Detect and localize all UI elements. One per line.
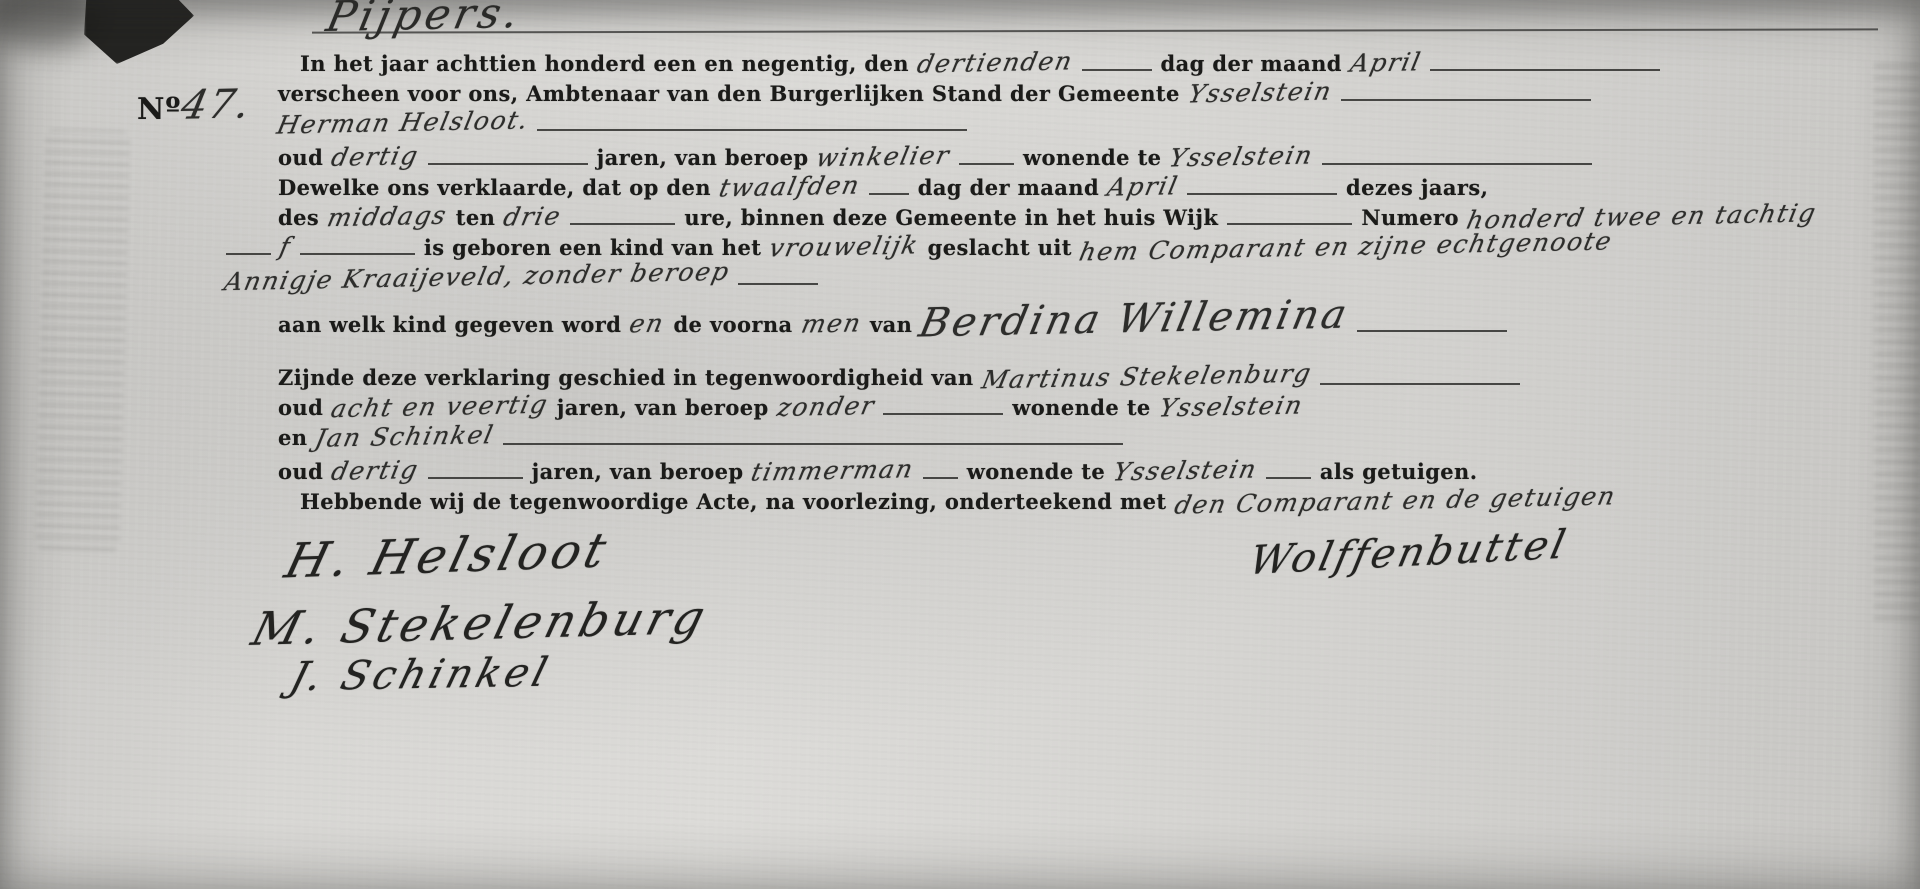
document-line: fis geboren een kind van hetvrouwelijkge… bbox=[226, 232, 1908, 262]
printed-text: geslacht uit bbox=[928, 235, 1072, 260]
document-line: desmiddagstendrieure, binnen deze Gemeen… bbox=[278, 202, 1908, 232]
printed-text: dag der maand bbox=[918, 175, 1099, 200]
blank-underline bbox=[537, 115, 967, 131]
handwritten-entry: timmerman bbox=[749, 454, 917, 486]
blank-underline bbox=[1187, 179, 1337, 195]
printed-text: Numero bbox=[1361, 205, 1459, 230]
blank-underline bbox=[226, 239, 271, 255]
blank-underline bbox=[923, 463, 958, 479]
bleed-through-left bbox=[35, 129, 131, 551]
blank-underline bbox=[1227, 209, 1352, 225]
printed-text: en bbox=[278, 425, 307, 450]
printed-text: des bbox=[278, 205, 319, 230]
handwritten-entry: f bbox=[277, 232, 294, 261]
document-line: Dewelke ons verklaarde, dat op dentwaalf… bbox=[278, 172, 1908, 202]
blank-underline bbox=[1357, 316, 1507, 332]
blank-underline bbox=[570, 209, 675, 225]
handwritten-entry: twaalfden bbox=[717, 171, 864, 203]
handwritten-entry: hem Comparant en zijne echtgenoote bbox=[1077, 226, 1616, 266]
blank-underline bbox=[1322, 149, 1592, 165]
blank-underline bbox=[738, 269, 818, 285]
printed-text: wonende te bbox=[1023, 145, 1161, 170]
document-line: Herman Helsloot. bbox=[278, 108, 1908, 142]
handwritten-entry: Ysselstein bbox=[1156, 391, 1305, 423]
act-number-label: Nº bbox=[137, 92, 181, 127]
printed-text: In het jaar achttien honderd een en nege… bbox=[300, 51, 909, 76]
document-line: In het jaar achttien honderd een en nege… bbox=[278, 48, 1908, 78]
handwritten-entry: Herman Helsloot. bbox=[274, 105, 532, 139]
blank-underline bbox=[1320, 369, 1520, 385]
printed-text: van bbox=[870, 312, 912, 337]
blank-underline bbox=[503, 429, 1123, 445]
printed-text: Dewelke ons verklaarde, dat op den bbox=[278, 175, 711, 200]
printed-text: jaren, van beroep bbox=[557, 395, 769, 420]
document-line: ouddertigjaren, van beroepwinkelierwonen… bbox=[278, 142, 1908, 172]
printed-text: dag der maand bbox=[1161, 51, 1342, 76]
printed-text: als getuigen. bbox=[1320, 459, 1478, 484]
blank-underline bbox=[883, 399, 1003, 415]
handwritten-entry: Ysselstein bbox=[1167, 141, 1316, 173]
blank-underline bbox=[300, 239, 415, 255]
scanned-birth-record: Pijpers. Nº 47. In het jaar achttien hon… bbox=[0, 0, 1920, 889]
printed-text: oud bbox=[278, 145, 323, 170]
header-rule-line bbox=[312, 28, 1878, 33]
document-line: Zijnde deze verklaring geschied in tegen… bbox=[278, 362, 1908, 392]
handwritten-entry: acht en veertig bbox=[329, 390, 552, 424]
document-lines: In het jaar achttien honderd een en nege… bbox=[278, 48, 1908, 516]
scan-corner-blot bbox=[84, 0, 194, 64]
handwritten-entry: zonder bbox=[774, 391, 877, 422]
handwritten-entry: men bbox=[798, 308, 864, 338]
printed-text: dezes jaars, bbox=[1346, 175, 1488, 200]
printed-text: wonende te bbox=[1012, 395, 1150, 420]
printed-text: ten bbox=[456, 205, 496, 230]
signature-registrar: Wolffenbuttel bbox=[1245, 522, 1572, 584]
blank-underline bbox=[1430, 55, 1660, 71]
printed-text: Hebbende wij de tegenwoordige Acte, na v… bbox=[300, 489, 1167, 514]
document-line: Hebbende wij de tegenwoordige Acte, na v… bbox=[278, 486, 1908, 516]
printed-text: de voorna bbox=[673, 312, 792, 337]
document-line: verscheen voor ons, Ambtenaar van den Bu… bbox=[278, 78, 1908, 108]
printed-text: Zijnde deze verklaring geschied in tegen… bbox=[278, 365, 974, 390]
handwritten-entry: Berdina Willemina bbox=[915, 292, 1353, 347]
handwritten-entry: winkelier bbox=[814, 141, 953, 173]
blank-underline bbox=[869, 179, 909, 195]
document-line: oudacht en veertigjaren, van beroepzonde… bbox=[278, 392, 1908, 422]
handwritten-entry: dertig bbox=[329, 141, 422, 172]
printed-text: aan welk kind gegeven word bbox=[278, 312, 621, 337]
act-number-value: 47. bbox=[177, 81, 255, 128]
signature-witness-1: M. Stekelenburg bbox=[246, 590, 714, 656]
handwritten-entry: Annigje Kraaijeveld, zonder beroep bbox=[222, 257, 733, 297]
handwritten-entry: den Comparant en de getuigen bbox=[1171, 481, 1618, 519]
printed-text: wonende te bbox=[967, 459, 1105, 484]
document-line: enJan Schinkel bbox=[278, 422, 1908, 456]
printed-text: jaren, van beroep bbox=[597, 145, 809, 170]
handwritten-entry: April bbox=[1105, 171, 1181, 201]
printed-text: ure, binnen deze Gemeente in het huis Wi… bbox=[684, 205, 1218, 230]
handwritten-entry: April bbox=[1348, 47, 1424, 77]
printed-text: oud bbox=[278, 395, 323, 420]
handwritten-entry: Martinus Stekelenburg bbox=[979, 359, 1315, 395]
header-surname-note: Pijpers. bbox=[322, 0, 527, 41]
blank-underline bbox=[1082, 55, 1152, 71]
document-line: ouddertigjaren, van beroeptimmermanwonen… bbox=[278, 456, 1908, 486]
handwritten-entry: Ysselstein bbox=[1111, 455, 1260, 487]
document-line: aan welk kind gegeven wordende voornamen… bbox=[278, 296, 1908, 340]
handwritten-entry: dertig bbox=[329, 455, 422, 486]
signature-comparant: H. Helsloot bbox=[279, 522, 615, 589]
blank-underline bbox=[959, 149, 1014, 165]
handwritten-entry: dertienden bbox=[915, 46, 1076, 78]
handwritten-entry: drie bbox=[501, 201, 565, 231]
document-line: Annigje Kraaijeveld, zonder beroep bbox=[226, 262, 1908, 296]
printed-text: verscheen voor ons, Ambtenaar van den Bu… bbox=[278, 81, 1180, 106]
handwritten-entry: en bbox=[627, 309, 667, 339]
blank-underline bbox=[1266, 463, 1311, 479]
blank-underline bbox=[428, 149, 588, 165]
handwritten-entry: Jan Schinkel bbox=[313, 420, 497, 453]
handwritten-entry: middags bbox=[325, 201, 450, 232]
blank-underline bbox=[428, 463, 523, 479]
handwritten-entry: vrouwelijk bbox=[767, 230, 922, 262]
printed-text: oud bbox=[278, 459, 323, 484]
printed-text: jaren, van beroep bbox=[532, 459, 744, 484]
signature-witness-2: J. Schinkel bbox=[285, 650, 556, 700]
handwritten-entry: Ysselstein bbox=[1185, 77, 1334, 109]
blank-underline bbox=[1341, 85, 1591, 101]
